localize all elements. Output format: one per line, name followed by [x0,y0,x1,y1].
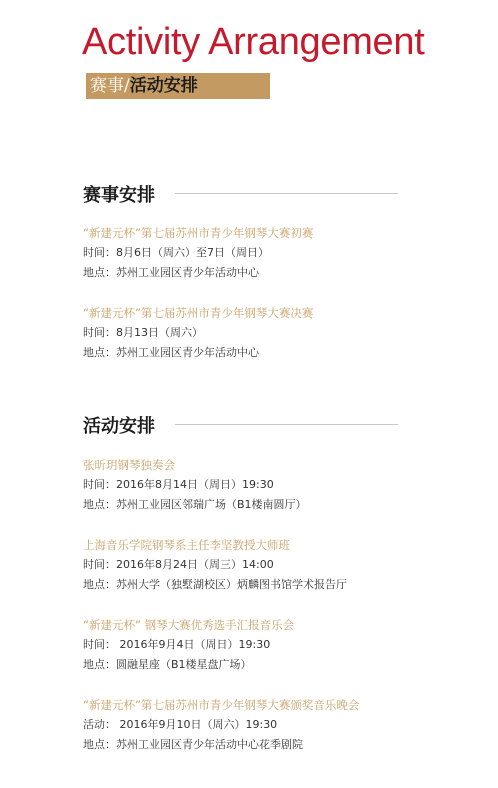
activity-item: “新建元杯” 钢琴大赛优秀选手汇报音乐会 时间： 2016年9月4日（周日）19… [83,615,294,675]
activity-item: 上海音乐学院钢琴系主任李坚教授大师班 时间：2016年8月24日（周三）14:0… [83,535,347,595]
activity-location: 地点：苏州工业园区青少年活动中心花季剧院 [83,735,359,755]
section-title: 赛事安排 [83,181,155,207]
activity-title: “新建元杯” 钢琴大赛优秀选手汇报音乐会 [83,615,294,635]
activity-title: 上海音乐学院钢琴系主任李坚教授大师班 [83,535,347,555]
divider-line [175,424,398,425]
activity-item: 张昕玥钢琴独奏会 时间：2016年8月14日（周日）19:30 地点：苏州工业园… [83,455,307,515]
event-time: 时间：8月6日（周六）至7日（周日） [83,243,313,263]
activity-location: 地点：圆融星座（B1楼星盘广场） [83,655,294,675]
section-heading-activities: 活动安排 [83,412,155,438]
page-title: Activity Arrangement [82,20,424,64]
event-time: 时间：8月13日（周六） [83,323,313,343]
activity-time: 时间：2016年8月14日（周日）19:30 [83,475,307,495]
activity-time: 时间： 2016年9月4日（周日）19:30 [83,635,294,655]
activity-location: 地点：苏州工业园区邻瑞广场（B1楼南圆厅） [83,495,307,515]
activity-item: “新建元杯”第七届苏州市青少年钢琴大赛颁奖音乐晚会 活动： 2016年9月10日… [83,695,359,755]
event-title: “新建元杯”第七届苏州市青少年钢琴大赛决赛 [83,303,313,323]
event-title: “新建元杯”第七届苏州市青少年钢琴大赛初赛 [83,223,313,243]
divider-line [175,193,398,194]
section-heading-events: 赛事安排 [83,181,155,207]
activity-time: 时间：2016年8月24日（周三）14:00 [83,555,347,575]
event-location: 地点：苏州工业园区青少年活动中心 [83,343,313,363]
banner-text-events: 赛事/ [90,76,130,96]
activity-title: “新建元杯”第七届苏州市青少年钢琴大赛颁奖音乐晚会 [83,695,359,715]
title-banner: 赛事/活动安排 [86,73,270,99]
activity-title: 张昕玥钢琴独奏会 [83,455,307,475]
event-item: “新建元杯”第七届苏州市青少年钢琴大赛决赛 时间：8月13日（周六） 地点：苏州… [83,303,313,363]
section-title: 活动安排 [83,412,155,438]
event-location: 地点：苏州工业园区青少年活动中心 [83,263,313,283]
banner-text-activities: 活动安排 [130,76,198,96]
activity-location: 地点：苏州大学（独墅湖校区）炳麟图书馆学术报告厅 [83,575,347,595]
event-item: “新建元杯”第七届苏州市青少年钢琴大赛初赛 时间：8月6日（周六）至7日（周日）… [83,223,313,283]
activity-time: 活动： 2016年9月10日（周六）19:30 [83,715,359,735]
